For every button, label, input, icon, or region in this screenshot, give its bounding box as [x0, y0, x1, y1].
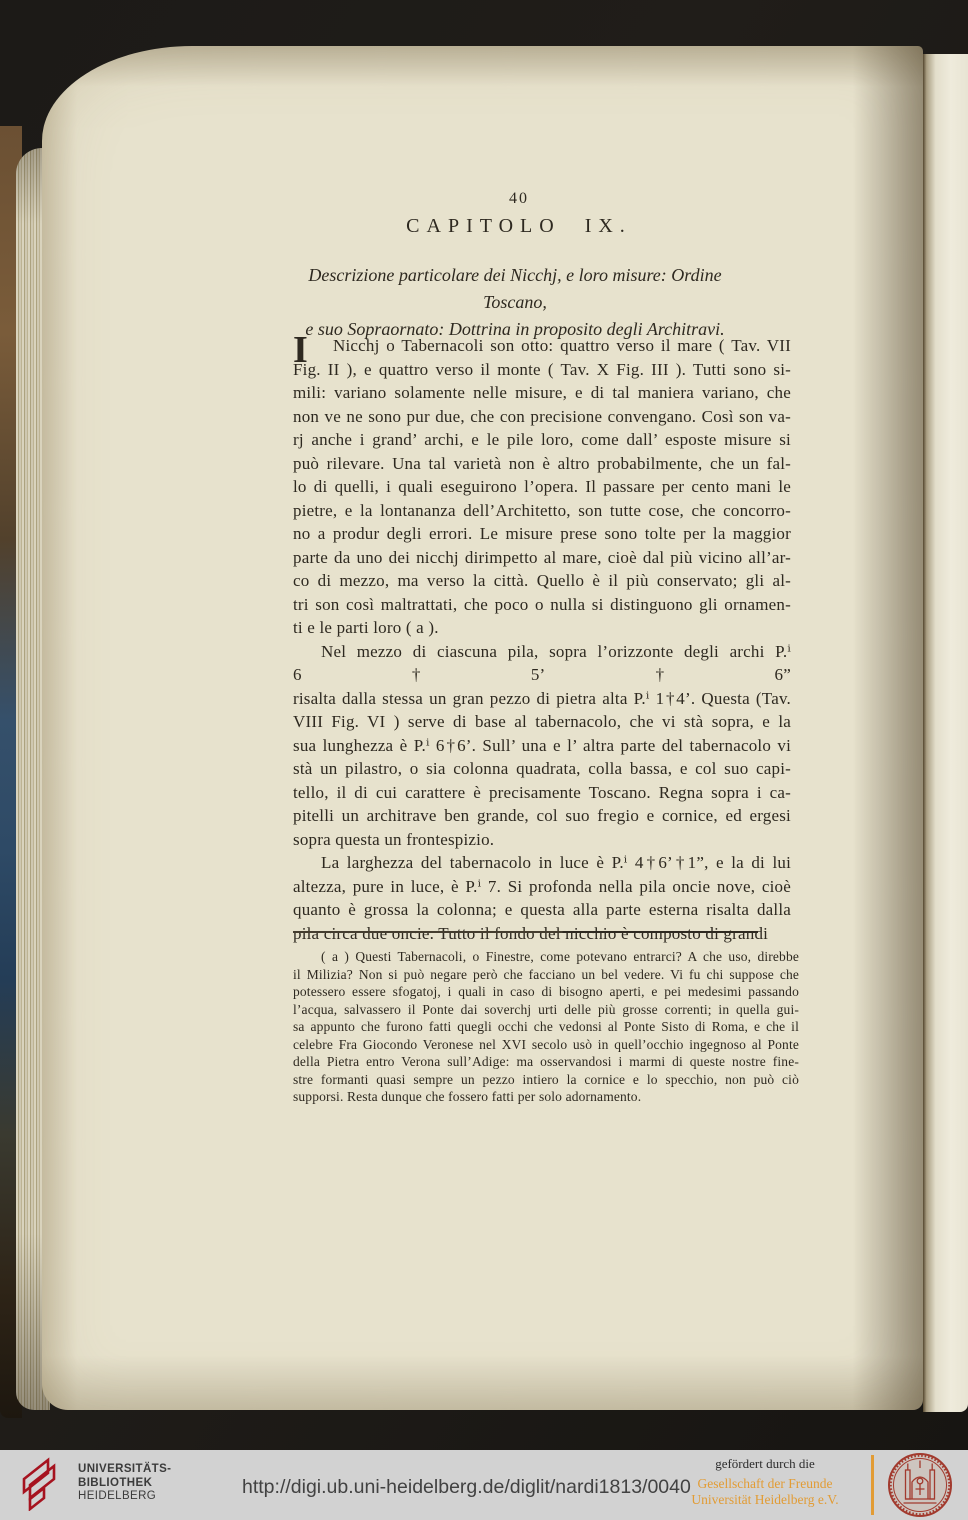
body-text-line: Nel mezzo di ciascuna pila, sopra l’oriz…: [293, 640, 791, 687]
body-text-line: altezza, pure in luce, è P.ⁱ 7. Si profo…: [293, 875, 791, 899]
body-text-line: sua lunghezza è P.ⁱ 6†6’. Sull’ una e l’…: [293, 734, 791, 758]
heidelberg-university-seal-icon: [886, 1451, 954, 1519]
body-text-line: sopra questa un frontespizio.: [293, 828, 791, 852]
body-text-line: pietre, e la lontananza dell’Architetto,…: [293, 499, 791, 523]
body-text-line: VIII Fig. VI ) serve di base al tabernac…: [293, 710, 791, 734]
body-text-line: rj anche i grand’ archi, e le pile loro,…: [293, 428, 791, 452]
chapter-heading: CAPITOLO IX.: [293, 215, 745, 238]
body-text-line: Fig. II ), e quattro verso il monte ( Ta…: [293, 358, 791, 382]
library-name-line-1: UNIVERSITÄTS-: [78, 1463, 171, 1477]
body-text-line: quanto è grossa la colonna; e questa all…: [293, 898, 791, 922]
body-text-line: parte da uno dei nicchj dirimpetto al ma…: [293, 546, 791, 570]
subtitle-line-1: Descrizione particolare dei Nicchj, e lo…: [280, 262, 750, 316]
footnote-line: potessero essere sfogatoj, i quali in ca…: [293, 983, 799, 1001]
library-name: UNIVERSITÄTS- BIBLIOTHEK HEIDELBERG: [78, 1463, 171, 1504]
body-text-line: no a produr degli errori. Le misure pres…: [293, 522, 791, 546]
body-text-line: stà un pilastro, o sia colonna quadrata,…: [293, 757, 791, 781]
footnote-line: celebre Fra Giocondo Veronese nel XVI se…: [293, 1036, 799, 1054]
paragraph-1: Nicchj o Tabernacoli son otto: quattro v…: [293, 334, 791, 640]
body-text-line: ti e le parti loro ( a ).: [293, 616, 791, 640]
chapter-subtitle: Descrizione particolare dei Nicchj, e lo…: [280, 262, 750, 343]
footnote-line: ( a ) Questi Tabernacoli, o Finestre, co…: [293, 948, 799, 966]
funded-by-label: gefördert durch die: [660, 1456, 870, 1472]
body-text-line: pitelli un architrave ben grande, col su…: [293, 804, 791, 828]
library-name-line-2: BIBLIOTHEK: [78, 1477, 171, 1491]
paragraph-2: Nel mezzo di ciascuna pila, sopra l’oriz…: [293, 640, 791, 852]
dropcap-initial: I: [293, 331, 308, 369]
body-text-line: La larghezza del tabernacolo in luce è P…: [293, 851, 791, 875]
body-text-line: risalta dalla stessa un gran pezzo di pi…: [293, 687, 791, 711]
body-text-line: Nicchj o Tabernacoli son otto: quattro v…: [293, 334, 791, 358]
funder-name-line-1: Gesellschaft der Freunde: [660, 1476, 870, 1492]
body-text-line: co di mezzo, ma verso la città. Quello è…: [293, 569, 791, 593]
footnote-line: sa appunto che furono fatti quegli occhi…: [293, 1018, 799, 1036]
digitization-url: http://digi.ub.uni-heidelberg.de/diglit/…: [242, 1476, 691, 1499]
facing-page-edge: [923, 54, 968, 1412]
book-scan-viewer: 40 CAPITOLO IX. Descrizione particolare …: [0, 0, 968, 1520]
footnote: ( a ) Questi Tabernacoli, o Finestre, co…: [293, 948, 799, 1106]
library-name-line-3: HEIDELBERG: [78, 1490, 171, 1504]
footnote-line: il Milizia? Non si può negare però che f…: [293, 966, 799, 984]
footer-orange-divider: [871, 1455, 874, 1515]
body-text-line: non ve ne sono pur due, che con precisio…: [293, 405, 791, 429]
body-text-line: tello, il di cui carattere è precisament…: [293, 781, 791, 805]
footnote-line: supporsi. Resta dunque che fossero fatti…: [293, 1088, 799, 1106]
body-text-line: può rilevare. Una tal varietà non è altr…: [293, 452, 791, 476]
body-text: I Nicchj o Tabernacoli son otto: quattro…: [293, 334, 791, 945]
body-text-line: pila circa due oncie. Tutto il fondo del…: [293, 922, 791, 946]
page-number: 40: [293, 190, 745, 208]
funding-credit: gefördert durch die Gesellschaft der Fre…: [660, 1456, 870, 1508]
ub-heidelberg-book-logo-icon: [17, 1457, 65, 1511]
body-text-line: lo di quelli, i quali eseguirono l’opera…: [293, 475, 791, 499]
body-text-line: tri son così maltrattati, che poco o nul…: [293, 593, 791, 617]
footnote-line: stre formanti quasi sempre un pezzo inti…: [293, 1071, 799, 1089]
footnote-line: della Pietra entro Verona sull’Adige: ma…: [293, 1053, 799, 1071]
funder-name-line-2: Universität Heidelberg e.V.: [660, 1492, 870, 1508]
body-text-line: mili: variano solamente nelle misure, e …: [293, 381, 791, 405]
footnote-separator-rule: [293, 931, 758, 933]
footnote-line: l’acqua, salvassero il Ponte dai soverch…: [293, 1001, 799, 1019]
